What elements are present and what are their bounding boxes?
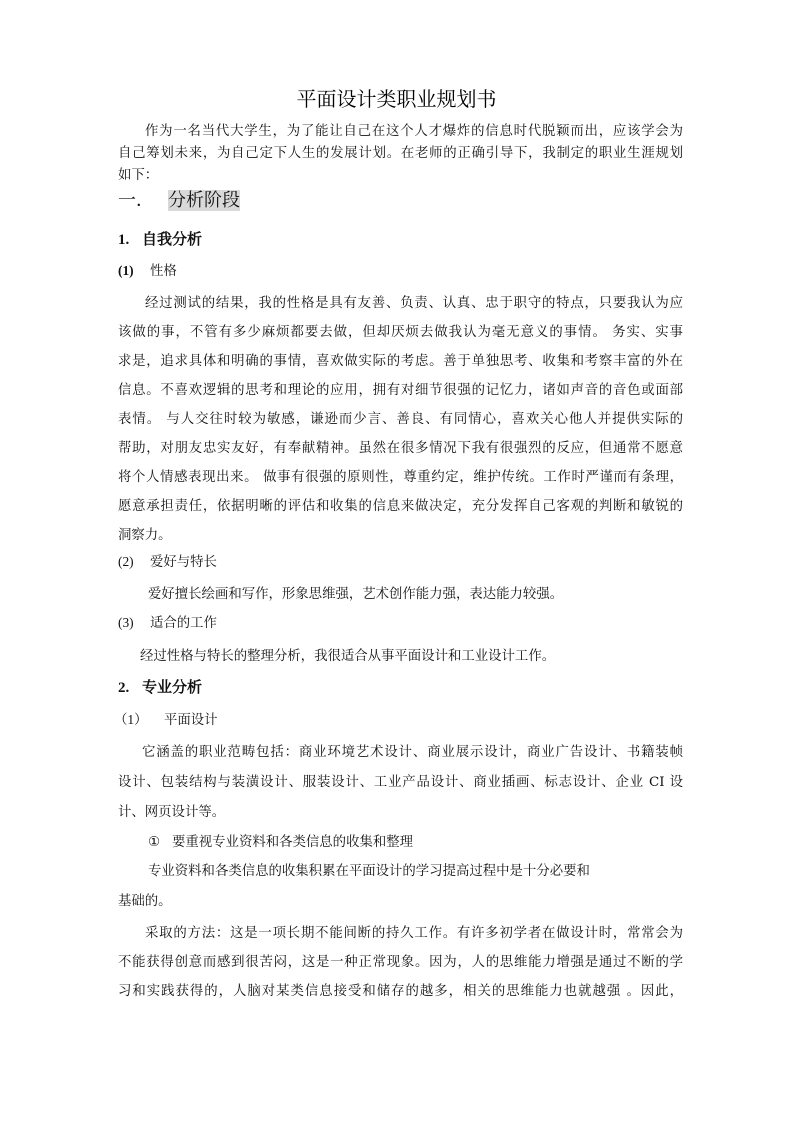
graphic-design-line-2: 设计、包装结构与装潢设计、服装设计、工业产品设计、商业插画、标志设计、企业 CI…	[118, 771, 683, 790]
section-title-highlighted: 分析阶段	[168, 190, 240, 211]
subsection-number: 1.	[118, 230, 142, 250]
personality-line-8: 愿意承担责任，依据明晰的评估和收集的信息来做决定，充分发挥自己客观的判断和敏锐的	[118, 495, 683, 514]
document-title: 平面设计类职业规划书	[0, 86, 793, 112]
item-heading-personality: (1)性格	[118, 262, 177, 281]
personality-line-3: 求是，追求具体和明确的事情，喜欢做实际的考虑。善于单独思考、收集和考察丰富的外在	[118, 350, 683, 369]
personality-line-4: 信息。不喜欢逻辑的思考和理论的应用，拥有对细节很强的记忆力，诸如声音的音色或面部	[118, 379, 683, 398]
personality-line-5: 表情。 与人交往时较为敏感，谦逊而少言、善良、有同情心，喜欢关心他人并提供实际的	[118, 408, 683, 427]
graphic-design-line-3: 计、网页设计等。	[118, 801, 683, 820]
item-number: （1）	[114, 711, 164, 729]
subsection-heading-self-analysis: 1.自我分析	[118, 229, 202, 250]
item-number: (1)	[118, 262, 150, 280]
subsection-heading-major-analysis: 2.专业分析	[118, 677, 202, 698]
suitable-work-line-1: 经过性格与特长的整理分析，我很适合从事平面设计和工业设计工作。	[140, 645, 705, 664]
subsection-title: 自我分析	[142, 230, 202, 248]
document-page: 平面设计类职业规划书 作为一名当代大学生，为了能让自己在这个人才爆炸的信息时代脱…	[0, 0, 793, 1122]
section-heading-analysis: 一．分析阶段	[118, 189, 240, 213]
subsection-title: 专业分析	[142, 678, 202, 696]
method-line-3: 习和实践获得的，人脑对某类信息接受和储存的越多，相关的思维能力也就越强 。因此，	[118, 980, 683, 999]
collect-info-line-2: 基础的。	[118, 890, 683, 909]
point-heading-collect-info: ①要重视专业资料和各类信息的收集和整理	[148, 831, 713, 850]
item-title: 爱好与特长	[150, 555, 217, 570]
item-number: (2)	[118, 553, 150, 571]
personality-line-9: 洞察力。	[118, 524, 683, 543]
item-number: (3)	[118, 614, 150, 632]
item-title: 平面设计	[164, 713, 218, 728]
personality-line-6: 帮助，对朋友忠实友好，有奉献精神。虽然在很多情况下我有很强烈的反应，但通常不愿意	[118, 437, 683, 456]
subsection-number: 2.	[118, 678, 142, 698]
intro-line-3: 如下：	[118, 164, 683, 183]
circled-number-marker: ①	[148, 835, 172, 850]
method-line-1: 采取的方法：这是一项长期不能间断的持久工作。有许多初学者在做设计时，常常会为	[145, 922, 683, 941]
item-heading-hobbies: (2)爱好与特长	[118, 553, 217, 572]
item-title: 性格	[150, 264, 177, 279]
item-heading-suitable-work: (3)适合的工作	[118, 614, 217, 633]
point-title: 要重视专业资料和各类信息的收集和整理	[172, 835, 413, 850]
graphic-design-line-1: 它涵盖的职业范畴包括：商业环境艺术设计、商业展示设计，商业广告设计、书籍装帧	[142, 741, 683, 760]
item-title: 适合的工作	[150, 616, 217, 631]
personality-line-1: 经过测试的结果，我的性格是具有友善、负责、认真、忠于职守的特点，只要我认为应	[145, 292, 683, 311]
collect-info-line-1: 专业资料和各类信息的收集积累在平面设计的学习提高过程中是十分必要和	[148, 860, 713, 879]
item-heading-graphic-design: （1）平面设计	[114, 711, 218, 730]
personality-line-2: 该做的事，不管有多少麻烦都要去做，但却厌烦去做我认为毫无意义的事情。 务实、实事	[118, 321, 683, 340]
intro-line-1: 作为一名当代大学生，为了能让自己在这个人才爆炸的信息时代脱颖而出，应该学会为	[145, 120, 683, 139]
section-number: 一．	[118, 189, 168, 213]
method-line-2: 不能获得创意而感到很苦闷，这是一种正常现象。因为，人的思维能力增强是通过不断的学	[118, 951, 683, 970]
intro-line-2: 自己筹划未来，为自己定下人生的发展计划。在老师的正确引导下，我制定的职业生涯规划	[118, 142, 683, 161]
personality-line-7: 将个人情感表现出来。 做事有很强的原则性，尊重约定，维护传统。工作时严谨而有条理…	[118, 466, 683, 485]
hobbies-line-1: 爱好擅长绘画和写作，形象思维强，艺术创作能力强，表达能力较强。	[148, 583, 713, 602]
